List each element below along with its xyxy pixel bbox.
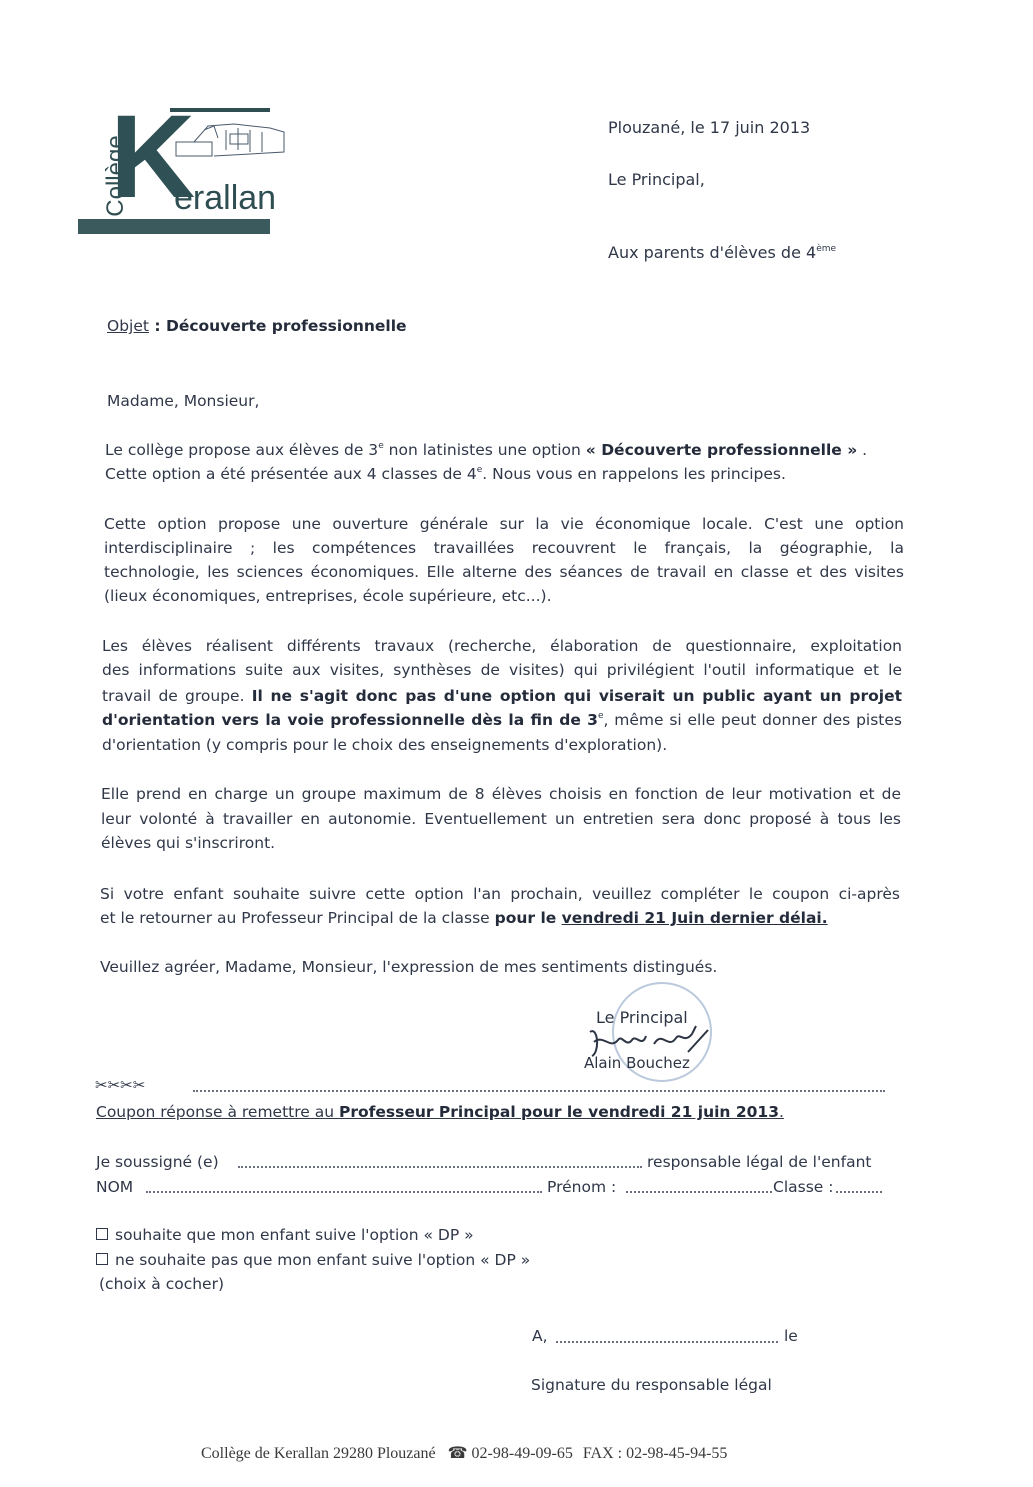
paragraph-4-line-1: Elle prend en charge un groupe maximum d… — [101, 782, 901, 806]
checkbox-no[interactable] — [96, 1253, 108, 1265]
text: Coupon réponse à remettre au — [96, 1103, 339, 1121]
logo-bottom-bar — [78, 219, 270, 234]
paragraph-4-line-3: élèves qui s'inscriront. — [101, 831, 275, 855]
text: non latinistes une option — [384, 441, 586, 459]
text: et le retourner au Professeur Principal … — [100, 909, 495, 927]
recipient-text: Aux parents d'élèves de 4 — [608, 243, 816, 262]
paragraph-2-line-4: (lieux économiques, entreprises, école s… — [104, 584, 552, 608]
child-firstname-field[interactable] — [626, 1191, 772, 1193]
date-label: le — [784, 1324, 798, 1348]
option-no-label: ne souhaite pas que mon enfant suive l'o… — [115, 1251, 530, 1269]
class-field[interactable] — [836, 1191, 882, 1193]
place-date: Plouzané, le 17 juin 2013 — [608, 116, 810, 140]
firstname-label: Prénom : — [547, 1175, 616, 1199]
school-logo: Collège K erallan — [78, 108, 270, 234]
place-label: A, — [532, 1324, 548, 1348]
closing-formula: Veuillez agréer, Madame, Monsieur, l'exp… — [100, 955, 717, 979]
paragraph-3-line-4: d'orientation vers la voie professionnel… — [102, 708, 902, 732]
building-icon — [174, 120, 286, 162]
text: travail de groupe. — [102, 687, 252, 705]
logo-kerallan-text: erallan — [174, 178, 276, 218]
text: , même si elle peut donner des pistes — [604, 711, 902, 729]
paragraph-1-line-1: Le collège propose aux élèves de 3e non … — [105, 438, 867, 462]
child-lastname-field[interactable] — [146, 1191, 542, 1193]
signature-block: Le Principal Alain Bouchez — [584, 982, 724, 1082]
paragraph-2-line-2: interdisciplinaire ; les compétences tra… — [104, 536, 904, 560]
paragraph-1-line-2: Cette option a été présentée aux 4 class… — [105, 462, 786, 486]
text: Cette option a été présentée aux 4 class… — [105, 465, 477, 483]
signature-label: Signature du responsable légal — [531, 1373, 772, 1397]
text: Le collège propose aux élèves de 3 — [105, 441, 378, 459]
footer-address: Collège de Kerallan 29280 Plouzané — [201, 1445, 436, 1462]
dotted-line — [193, 1090, 885, 1092]
paragraph-5-line-2: et le retourner au Professeur Principal … — [100, 906, 828, 930]
recipient: Aux parents d'élèves de 4ème — [608, 241, 836, 265]
subject-line: Objet : Découverte professionnelle — [107, 314, 407, 338]
bold-text: pour le — [495, 909, 562, 927]
text: . — [857, 441, 867, 459]
options-hint: (choix à cocher) — [99, 1272, 224, 1296]
subject-label: Objet — [107, 317, 149, 335]
footer-phone: 02-98-49-09-65 — [472, 1445, 573, 1462]
paragraph-2-line-1: Cette option propose une ouverture génér… — [104, 512, 904, 536]
coupon-line-1: Je soussigné (e) — [96, 1150, 219, 1174]
option-no[interactable]: ne souhaite pas que mon enfant suive l'o… — [96, 1248, 530, 1272]
phone-icon: ☎ — [448, 1445, 468, 1462]
place-field[interactable] — [556, 1341, 778, 1343]
salutation: Madame, Monsieur, — [107, 389, 259, 413]
bold-text: Il ne s'agit donc pas d'une option qui v… — [252, 687, 902, 705]
option-name: « Découverte professionnelle » — [586, 441, 857, 459]
subject-separator: : — [149, 317, 166, 335]
scissors-icon: ✂✂✂✂ — [95, 1076, 145, 1094]
footer-fax: FAX : 02-98-45-94-55 — [583, 1445, 728, 1462]
recipient-sup: ème — [816, 244, 836, 254]
paragraph-2-line-3: technologie, les sciences économiques. E… — [104, 560, 904, 584]
paragraph-4-line-2: leur volonté à travailler en autonomie. … — [101, 807, 901, 831]
principal-name: Alain Bouchez — [584, 1054, 690, 1072]
coupon-line-1-suffix: responsable légal de l'enfant — [647, 1150, 871, 1174]
guardian-name-field[interactable] — [238, 1166, 642, 1168]
paragraph-3-line-3: travail de groupe. Il ne s'agit donc pas… — [102, 684, 902, 708]
label: Je soussigné (e) — [96, 1153, 219, 1171]
checkbox-yes[interactable] — [96, 1228, 108, 1240]
paragraph-3-line-5: d'orientation (y compris pour le choix d… — [102, 733, 667, 757]
coupon-title: Coupon réponse à remettre au Professeur … — [96, 1100, 784, 1124]
bold-text: d'orientation vers la voie professionnel… — [102, 711, 598, 729]
subject-text: Découverte professionnelle — [166, 317, 407, 335]
paragraph-3-line-2: des informations suite aux visites, synt… — [102, 658, 902, 682]
text: . Nous vous en rappelons les principes. — [482, 465, 786, 483]
footer-contact: Collège de Kerallan 29280 Plouzané ☎ 02-… — [201, 1443, 727, 1463]
coupon-line-2-label: NOM — [96, 1175, 133, 1199]
cut-line: ✂✂✂✂ — [95, 1076, 885, 1096]
deadline: vendredi 21 Juin dernier délai. — [562, 909, 828, 927]
option-yes-label: souhaite que mon enfant suive l'option «… — [115, 1226, 474, 1244]
paragraph-3-line-1: Les élèves réalisent différents travaux … — [102, 634, 902, 658]
sender: Le Principal, — [608, 168, 705, 192]
option-yes[interactable]: souhaite que mon enfant suive l'option «… — [96, 1223, 474, 1247]
class-label: Classe : — [773, 1175, 833, 1199]
text: . — [779, 1103, 784, 1121]
bold-text: Professeur Principal pour le vendredi 21… — [339, 1103, 779, 1121]
paragraph-5-line-1: Si votre enfant souhaite suivre cette op… — [100, 882, 900, 906]
